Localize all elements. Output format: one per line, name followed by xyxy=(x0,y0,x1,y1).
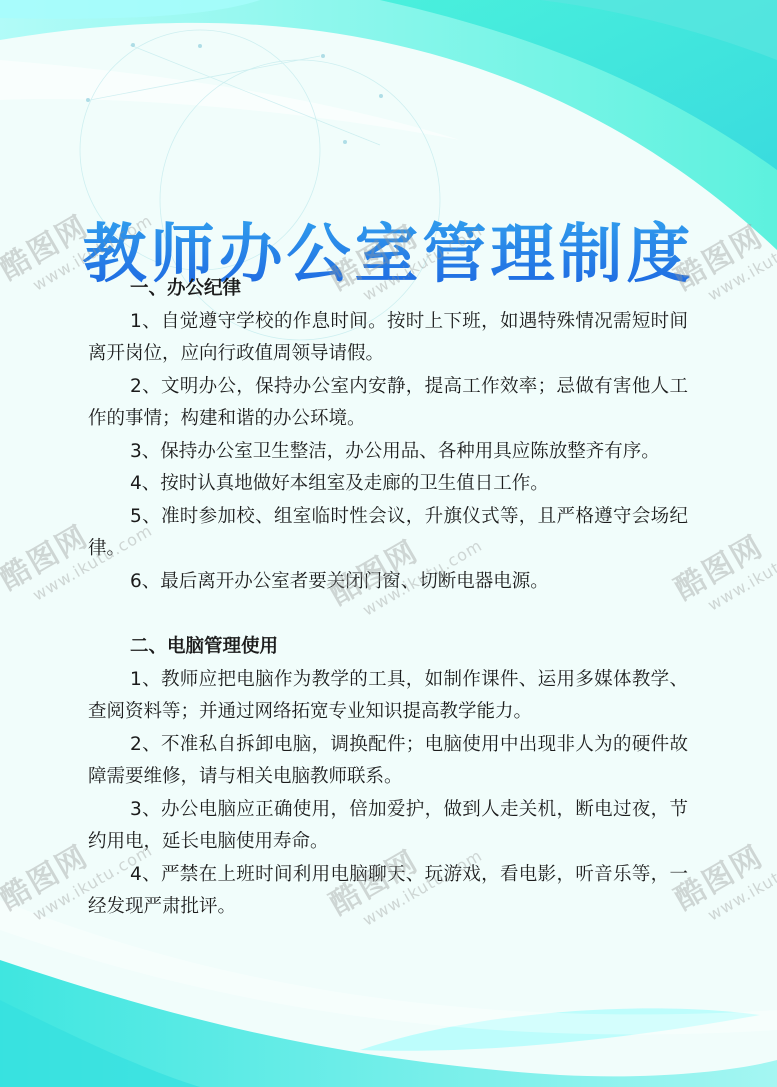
rule-item: 4、按时认真地做好本组室及走廊的卫生值日工作。 xyxy=(88,468,688,501)
section-heading: 二、电脑管理使用 xyxy=(130,631,688,664)
regulation-content: 一、办公纪律 1、自觉遵守学校的作息时间。按时上下班，如遇特殊情况需短时间离开岗… xyxy=(88,273,688,924)
section-office-discipline: 一、办公纪律 1、自觉遵守学校的作息时间。按时上下班，如遇特殊情况需短时间离开岗… xyxy=(88,273,688,598)
rule-item: 2、文明办公，保持办公室内安静，提高工作效率；忌做有害他人工作的事情；构建和谐的… xyxy=(88,371,688,436)
rule-item: 4、严禁在上班时间利用电脑聊天、玩游戏，看电影，听音乐等，一经发现严肃批评。 xyxy=(88,859,688,924)
section-spacer xyxy=(88,598,688,631)
section-computer-management: 二、电脑管理使用 1、教师应把电脑作为教学的工具，如制作课件、运用多媒体教学、查… xyxy=(88,631,688,924)
rule-item: 1、教师应把电脑作为教学的工具，如制作课件、运用多媒体教学、查阅资料等；并通过网… xyxy=(88,664,688,729)
section-heading: 一、办公纪律 xyxy=(130,273,688,306)
rule-item: 1、自觉遵守学校的作息时间。按时上下班，如遇特殊情况需短时间离开岗位，应向行政值… xyxy=(88,306,688,371)
rule-item: 2、不准私自拆卸电脑，调换配件；电脑使用中出现非人为的硬件故障需要维修，请与相关… xyxy=(88,729,688,794)
rule-item: 6、最后离开办公室者要关闭门窗、切断电器电源。 xyxy=(88,566,688,599)
rule-item: 5、准时参加校、组室临时性会议，升旗仪式等，且严格遵守会场纪律。 xyxy=(88,501,688,566)
rule-item: 3、办公电脑应正确使用，倍加爱护，做到人走关机，断电过夜，节约用电，延长电脑使用… xyxy=(88,794,688,859)
rule-item: 3、保持办公室卫生整洁，办公用品、各种用具应陈放整齐有序。 xyxy=(88,436,688,469)
